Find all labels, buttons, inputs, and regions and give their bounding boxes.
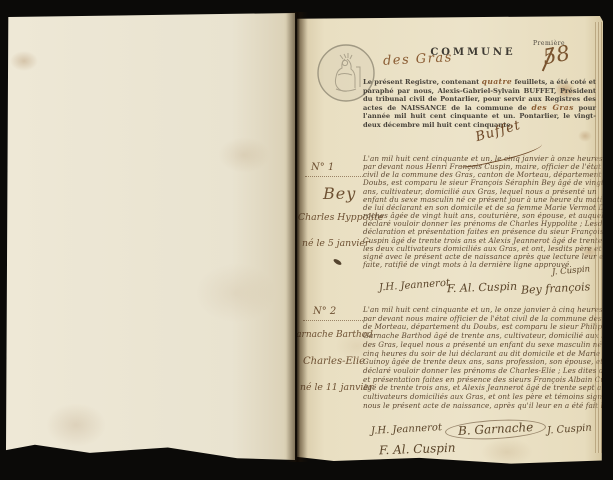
act2-margin-rule	[303, 320, 363, 321]
commune-name-handwritten: des Gras	[383, 50, 454, 69]
act1-officer-signature: J. Cuspin	[552, 264, 591, 277]
page-edge-stack	[595, 22, 603, 453]
act2-signature-witness2: F. Al. Cuspin	[379, 441, 456, 458]
act2-margin-given-names: Charles-Elie	[303, 356, 365, 367]
act1-signature-witness1: J.H. Jeannerot	[379, 278, 451, 294]
register-preamble: Le présent Registre, contenant quatre fe…	[363, 78, 596, 130]
book-gutter-shadow	[286, 12, 308, 462]
act2-margin-number: N° 2	[313, 306, 336, 317]
page-right: COMMUNE Première 58 des Gras Le présent …	[297, 16, 603, 465]
act1-margin-number: N° 1	[311, 162, 334, 173]
act1-margin-date: né le 5 janvier	[302, 238, 369, 249]
scanned-register-image: COMMUNE Première 58 des Gras Le présent …	[0, 0, 613, 480]
act1-signature-witness2: F. Al. Cuspin	[447, 280, 518, 295]
commune-fillin-handwritten: des Gras	[531, 103, 573, 112]
act2-signature-father-text: B. Garnache	[445, 417, 547, 441]
act2-body: L'an mil huit cent cinquante et un, le o…	[363, 306, 603, 410]
act-line: nous le présent acte de naissance, après…	[363, 402, 603, 411]
ink-blot	[333, 258, 343, 266]
feuillets-count-handwritten: quatre	[482, 77, 513, 86]
act2-signature-officer: J. Cuspin	[547, 422, 593, 436]
page-left-blank	[6, 13, 295, 460]
act1-margin-surname: Bey	[323, 184, 356, 203]
act1-signature-father: Bey françois	[521, 280, 591, 297]
act2-signature-witness1: J.H. Jeannerot	[371, 422, 442, 437]
act2-signature-father: B. Garnache	[445, 420, 546, 439]
preamble-seg1: Le présent Registre, contenant	[363, 78, 482, 86]
act1-body: L'an mil huit cent cinquante et un, le c…	[363, 155, 603, 269]
act1-margin-rule	[305, 176, 363, 177]
